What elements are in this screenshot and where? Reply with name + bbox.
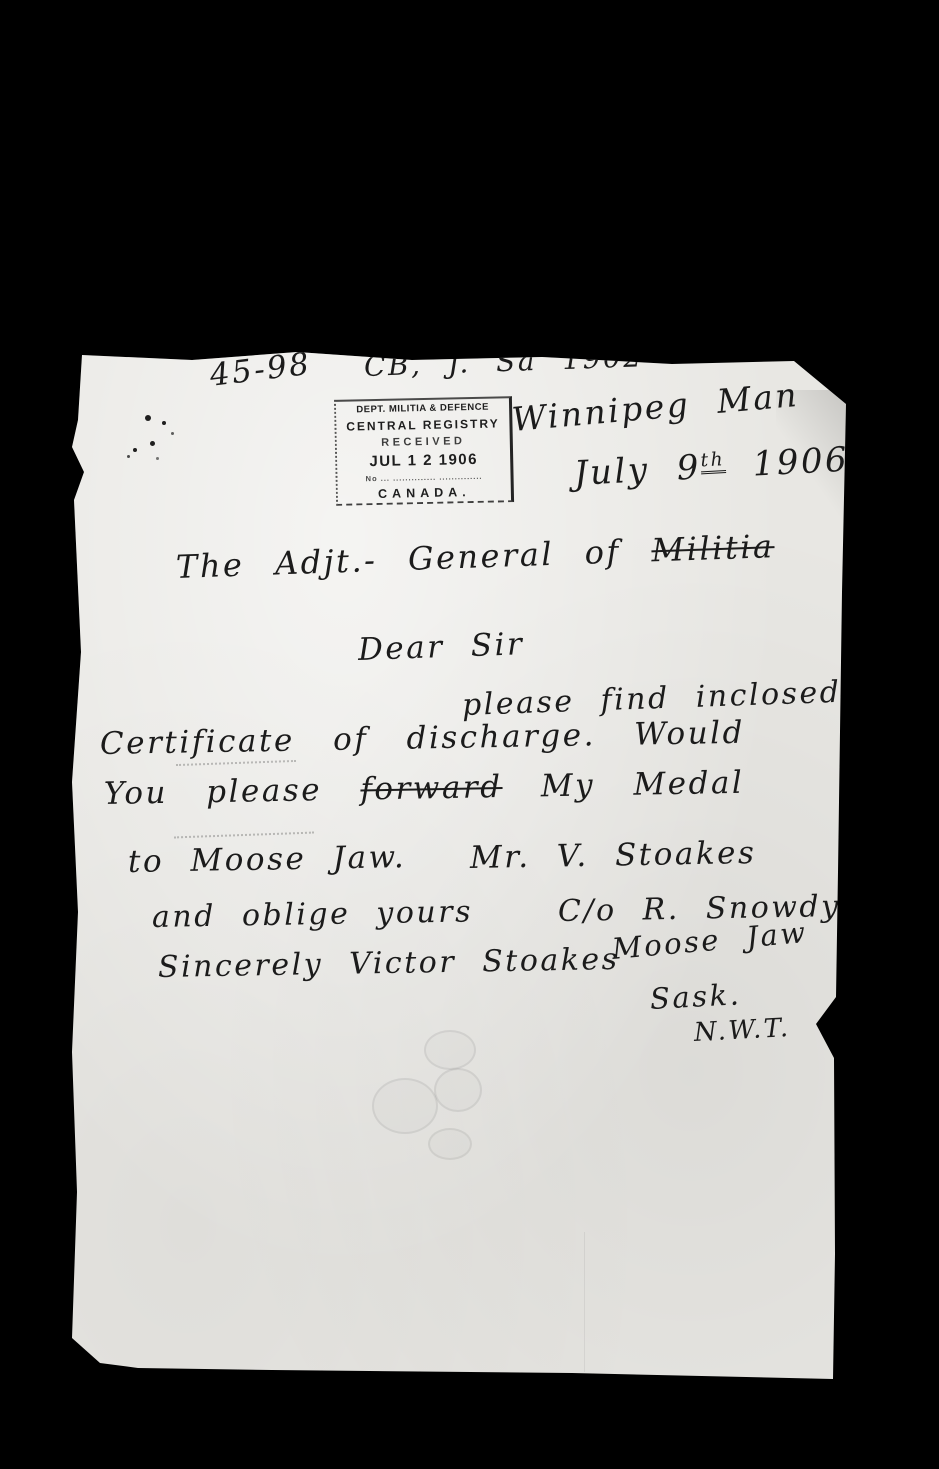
ink-speck <box>145 415 151 421</box>
stamp-department-line: DEPT. MILITIA & DEFENCE <box>356 402 489 416</box>
ink-speck <box>162 421 166 425</box>
address-territory: N.W.T. <box>693 1013 791 1048</box>
body-line-3-post: My Medal <box>502 765 744 805</box>
stamp-received-line: RECEIVED <box>381 435 465 449</box>
bleed-through-mark <box>428 1128 472 1160</box>
file-notation: CB, J. Sa 1902 <box>363 340 644 383</box>
body-line-2: Certificate of discharge. Would <box>100 715 746 762</box>
heading-date: July 9th 1906 <box>573 440 850 494</box>
bleed-through-mark <box>372 1078 438 1134</box>
ink-speck <box>133 448 137 452</box>
body-line-3-struck-word: forward <box>360 769 503 807</box>
recipient-line: The Adjt.- General of Militia <box>175 527 775 586</box>
pencil-smudge <box>174 832 314 839</box>
pencil-smudge <box>176 760 296 766</box>
body-line-4: to Moose Jaw. <box>128 839 407 880</box>
date-ordinal-suffix: th <box>700 449 726 474</box>
registry-received-stamp: DEPT. MILITIA & DEFENCE CENTRAL REGISTRY… <box>334 396 514 506</box>
ink-speck <box>171 432 174 435</box>
stamp-number-line: No ... .............. .............. <box>366 472 483 483</box>
address-province: Sask. <box>649 977 742 1016</box>
body-line-3: You please forward My Medal <box>104 765 745 812</box>
fold-crease <box>584 1232 585 1372</box>
bleed-through-mark <box>424 1030 476 1070</box>
ink-speck <box>150 441 155 446</box>
stamp-date: JUL 1 2 1906 <box>369 451 478 470</box>
heading-place: Winnipeg Man <box>510 375 800 439</box>
bleed-through-mark <box>434 1068 482 1112</box>
letter-paper: 45-98 CB, J. Sa 1902 DEPT. MILITIA & DEF… <box>72 352 846 1379</box>
date-year: 1906 <box>724 440 850 486</box>
ink-speck <box>156 457 159 460</box>
stamp-office-line: CENTRAL REGISTRY <box>346 416 500 433</box>
body-line-5: and oblige yours <box>152 894 474 935</box>
stamp-country-line: CANADA. <box>378 485 471 501</box>
sender-name-inline: Mr. V. Stoakes <box>470 835 757 876</box>
recipient-struck-word: Militia <box>651 527 775 569</box>
body-line-3-pre: You please <box>104 772 361 812</box>
recipient-text: The Adjt.- General of <box>175 531 652 586</box>
salutation: Dear Sir <box>357 626 524 668</box>
closing-signature: Sincerely Victor Stoakes <box>158 942 620 985</box>
date-main: July 9 <box>573 447 702 494</box>
scanned-letter-scan: 45-98 CB, J. Sa 1902 DEPT. MILITIA & DEF… <box>0 0 939 1469</box>
file-number: 45-98 <box>208 346 314 394</box>
ink-speck <box>127 455 130 458</box>
